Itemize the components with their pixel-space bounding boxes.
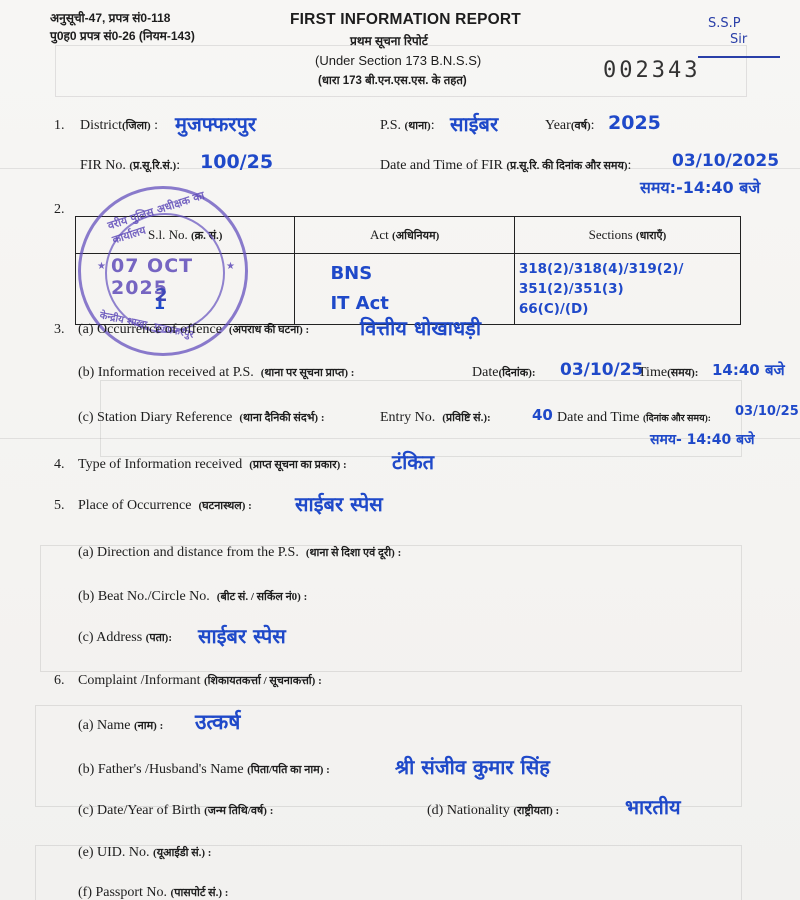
offence-label-hi: (अपराध की घटना) : <box>229 324 309 336</box>
info-received-label-hi: (थाना पर सूचना प्राप्त) : <box>261 367 355 379</box>
col-act: Act (अधिनियम) <box>295 217 514 254</box>
entry-no-label-hi: (प्रविष्टि सं.): <box>442 412 490 424</box>
section-reference: (Under Section 173 B.N.S.S) <box>315 53 481 68</box>
entry-no-field: Entry No. (प्रविष्टि सं.): <box>380 410 491 426</box>
info-time-field: Time(समय): <box>638 365 698 381</box>
nationality-label: (d) Nationality <box>427 803 510 818</box>
fir-date-value: 03/10/2025 <box>672 151 779 171</box>
name-label-hi: (नाम) : <box>134 720 163 732</box>
info-date-value: 03/10/25 <box>560 360 643 380</box>
info-date-label: Date <box>472 365 498 380</box>
fir-datetime-label-hi: (प्र.सू.रि. की दिनांक और समय) <box>506 160 627 172</box>
margin-note: S.S.P Sir <box>708 16 747 48</box>
station-diary-field: (c) Station Diary Reference (थाना दैनिकी… <box>78 410 325 426</box>
info-time-label-hi: (समय): <box>667 367 698 379</box>
address-label-hi: (पता): <box>146 632 172 644</box>
diary-datetime-label: Date and Time <box>557 410 639 425</box>
info-date-field: Date(दिनांक): <box>472 365 536 381</box>
passport-field: (f) Passport No. (पासपोर्ट सं.) : <box>78 885 228 900</box>
offence-label: (a) Occurrence of offence <box>78 322 222 337</box>
district-field: District(जिला) : <box>80 118 158 134</box>
fir-document-page: अनुसूची-47, प्रपत्र सं0-118 पु0ह0 प्रपत्… <box>0 0 800 900</box>
police-station-value: साईबर <box>450 110 498 137</box>
margin-note-line: S.S.P <box>708 16 747 32</box>
section-reference-hindi: (धारा 173 बी.एन.एस.एस. के तहत) <box>318 73 467 88</box>
district-label-hi: (जिला) <box>122 120 151 132</box>
father-name-field: (b) Father's /Husband's Name (पिता/पति क… <box>78 762 330 778</box>
item-6-number: 6. <box>54 673 65 689</box>
item-4-number: 4. <box>54 457 65 473</box>
diary-date-value: 03/10/25 <box>735 404 799 419</box>
year-label: Year <box>545 118 571 133</box>
fir-number-label: FIR No. <box>80 158 126 173</box>
info-type-field: Type of Information received (प्राप्त सू… <box>78 457 347 473</box>
info-type-value: टंकित <box>392 448 434 475</box>
nationality-field: (d) Nationality (राष्ट्रीयता) : <box>427 803 559 819</box>
diary-datetime-label-hi: (दिनांक और समय): <box>643 414 711 424</box>
place-label: Place of Occurrence <box>78 498 191 513</box>
item-2-number: 2. <box>54 202 65 218</box>
info-received-field: (b) Information received at P.S. (थाना प… <box>78 365 354 381</box>
fir-time-value: समय:-14:40 बजे <box>640 176 760 198</box>
col-label: Sections <box>589 227 633 242</box>
fir-number-field: FIR No. (प्र.सू.रि.सं.): <box>80 158 180 174</box>
document-title-hindi: प्रथम सूचना रिपोर्ट <box>350 32 428 49</box>
informant-label-hi: (शिकायतकर्त्ता / सूचनाकर्त्ता) : <box>204 675 322 687</box>
col-label-hi: (अधिनियम) <box>392 230 439 242</box>
info-date-label-hi: (दिनांक): <box>498 367 535 379</box>
margin-note-line: Sir <box>730 32 747 48</box>
diary-datetime-field: Date and Time (दिनांक और समय): <box>557 410 711 426</box>
info-received-label: (b) Information received at P.S. <box>78 365 254 380</box>
name-field: (a) Name (नाम) : <box>78 718 163 734</box>
father-name-label-hi: (पिता/पति का नाम) : <box>247 764 330 776</box>
year-value: 2025 <box>608 112 661 134</box>
schedule-line: अनुसूची-47, प्रपत्र सं0-118 <box>50 10 170 27</box>
place-label-hi: (घटनास्थल) : <box>198 500 251 512</box>
serial-number: 002343 <box>603 58 700 83</box>
ps-label: P.S. <box>380 118 401 133</box>
entry-no-value: 40 <box>532 406 553 424</box>
item-1-number: 1. <box>54 118 65 134</box>
stamp-star-icon: ★ <box>97 261 106 272</box>
uid-label: (e) UID. No. <box>78 845 150 860</box>
offence-field: (a) Occurrence of offence (अपराध की घटना… <box>78 322 309 338</box>
direction-label: (a) Direction and distance from the P.S. <box>78 545 299 560</box>
father-name-value: श्री संजीव कुमार सिंह <box>395 753 550 780</box>
fir-datetime-label: Date and Time of FIR <box>380 158 503 173</box>
col-label-hi: (धाराएँ) <box>636 230 666 242</box>
stamp-date: 07 OCT 2025 <box>111 255 245 299</box>
uid-label-hi: (यूआईडी सं.) : <box>153 847 211 859</box>
act-value: BNS <box>330 259 512 289</box>
sections-value: 66(C)/(D) <box>519 299 739 319</box>
col-label: Act <box>370 227 389 242</box>
informant-field: Complaint /Informant (शिकायतकर्त्ता / सू… <box>78 673 322 689</box>
nationality-label-hi: (राष्ट्रीयता) : <box>513 805 559 817</box>
fir-datetime-field: Date and Time of FIR (प्र.सू.रि. की दिना… <box>380 158 631 174</box>
place-field: Place of Occurrence (घटनास्थल) : <box>78 498 252 514</box>
uid-field: (e) UID. No. (यूआईडी सं.) : <box>78 845 211 861</box>
police-station-field: P.S. (थाना): <box>380 118 435 134</box>
dob-field: (c) Date/Year of Birth (जन्म तिथि/वर्ष) … <box>78 803 273 819</box>
place-value: साईबर स्पेस <box>295 490 383 517</box>
col-sections: Sections (धाराएँ) <box>514 217 740 254</box>
diary-time-value: समय- 14:40 बजे <box>650 430 754 449</box>
sections-value: 351(2)/351(3) <box>519 279 739 299</box>
item-3-number: 3. <box>54 322 65 338</box>
informant-label: Complaint /Informant <box>78 673 200 688</box>
beat-field: (b) Beat No./Circle No. (बीट सं. / सर्कि… <box>78 589 307 605</box>
info-time-label: Time <box>638 365 667 380</box>
dob-label-hi: (जन्म तिथि/वर्ष) : <box>204 805 273 817</box>
name-label: (a) Name <box>78 718 130 733</box>
fir-number-label-hi: (प्र.सू.रि.सं.) <box>129 160 176 172</box>
year-field: Year(वर्ष): <box>545 118 595 134</box>
form-line: पु0ह0 प्रपत्र सं0-26 (नियम-143) <box>50 28 195 45</box>
fir-number-value: 100/25 <box>200 151 273 173</box>
margin-note-underline <box>698 56 780 58</box>
address-field: (c) Address (पता): <box>78 630 172 646</box>
beat-label-hi: (बीट सं. / सर्किल नं0) : <box>217 591 307 603</box>
address-value: साईबर स्पेस <box>198 622 286 649</box>
district-label: District <box>80 118 122 133</box>
father-name-label: (b) Father's /Husband's Name <box>78 762 244 777</box>
document-title: FIRST INFORMATION REPORT <box>290 11 521 29</box>
stamp-handwritten-mark: 2 <box>155 285 168 306</box>
name-value: उत्कर्ष <box>195 708 240 736</box>
address-label: (c) Address <box>78 630 142 645</box>
nationality-value: भारतीय <box>625 793 681 820</box>
bleed-through-table <box>40 545 742 672</box>
station-diary-label: (c) Station Diary Reference <box>78 410 232 425</box>
offence-value: वित्तीय धोखाधड़ी <box>360 314 481 341</box>
beat-label: (b) Beat No./Circle No. <box>78 589 210 604</box>
dob-label: (c) Date/Year of Birth <box>78 803 201 818</box>
passport-label: (f) Passport No. <box>78 885 167 900</box>
info-time-value: 14:40 बजे <box>712 360 785 380</box>
district-value: मुजफ्फरपुर <box>175 110 256 137</box>
info-type-label: Type of Information received <box>78 457 242 472</box>
info-type-label-hi: (प्राप्त सूचना का प्रकार) : <box>249 459 346 471</box>
station-diary-label-hi: (थाना दैनिकी संदर्भ) : <box>239 412 324 424</box>
year-label-hi: (वर्ष) <box>571 120 591 132</box>
entry-no-label: Entry No. <box>380 410 435 425</box>
passport-label-hi: (पासपोर्ट सं.) : <box>171 887 229 899</box>
item-5-number: 5. <box>54 498 65 514</box>
direction-field: (a) Direction and distance from the P.S.… <box>78 545 401 561</box>
direction-label-hi: (थाना से दिशा एवं दूरी) : <box>306 547 401 559</box>
sections-value: 318(2)/318(4)/319(2)/ <box>519 259 739 279</box>
ps-label-hi: (थाना) <box>405 120 431 132</box>
sections-cell: 318(2)/318(4)/319(2)/ 351(2)/351(3) 66(C… <box>514 254 740 325</box>
stamp-star-icon: ★ <box>226 261 235 272</box>
